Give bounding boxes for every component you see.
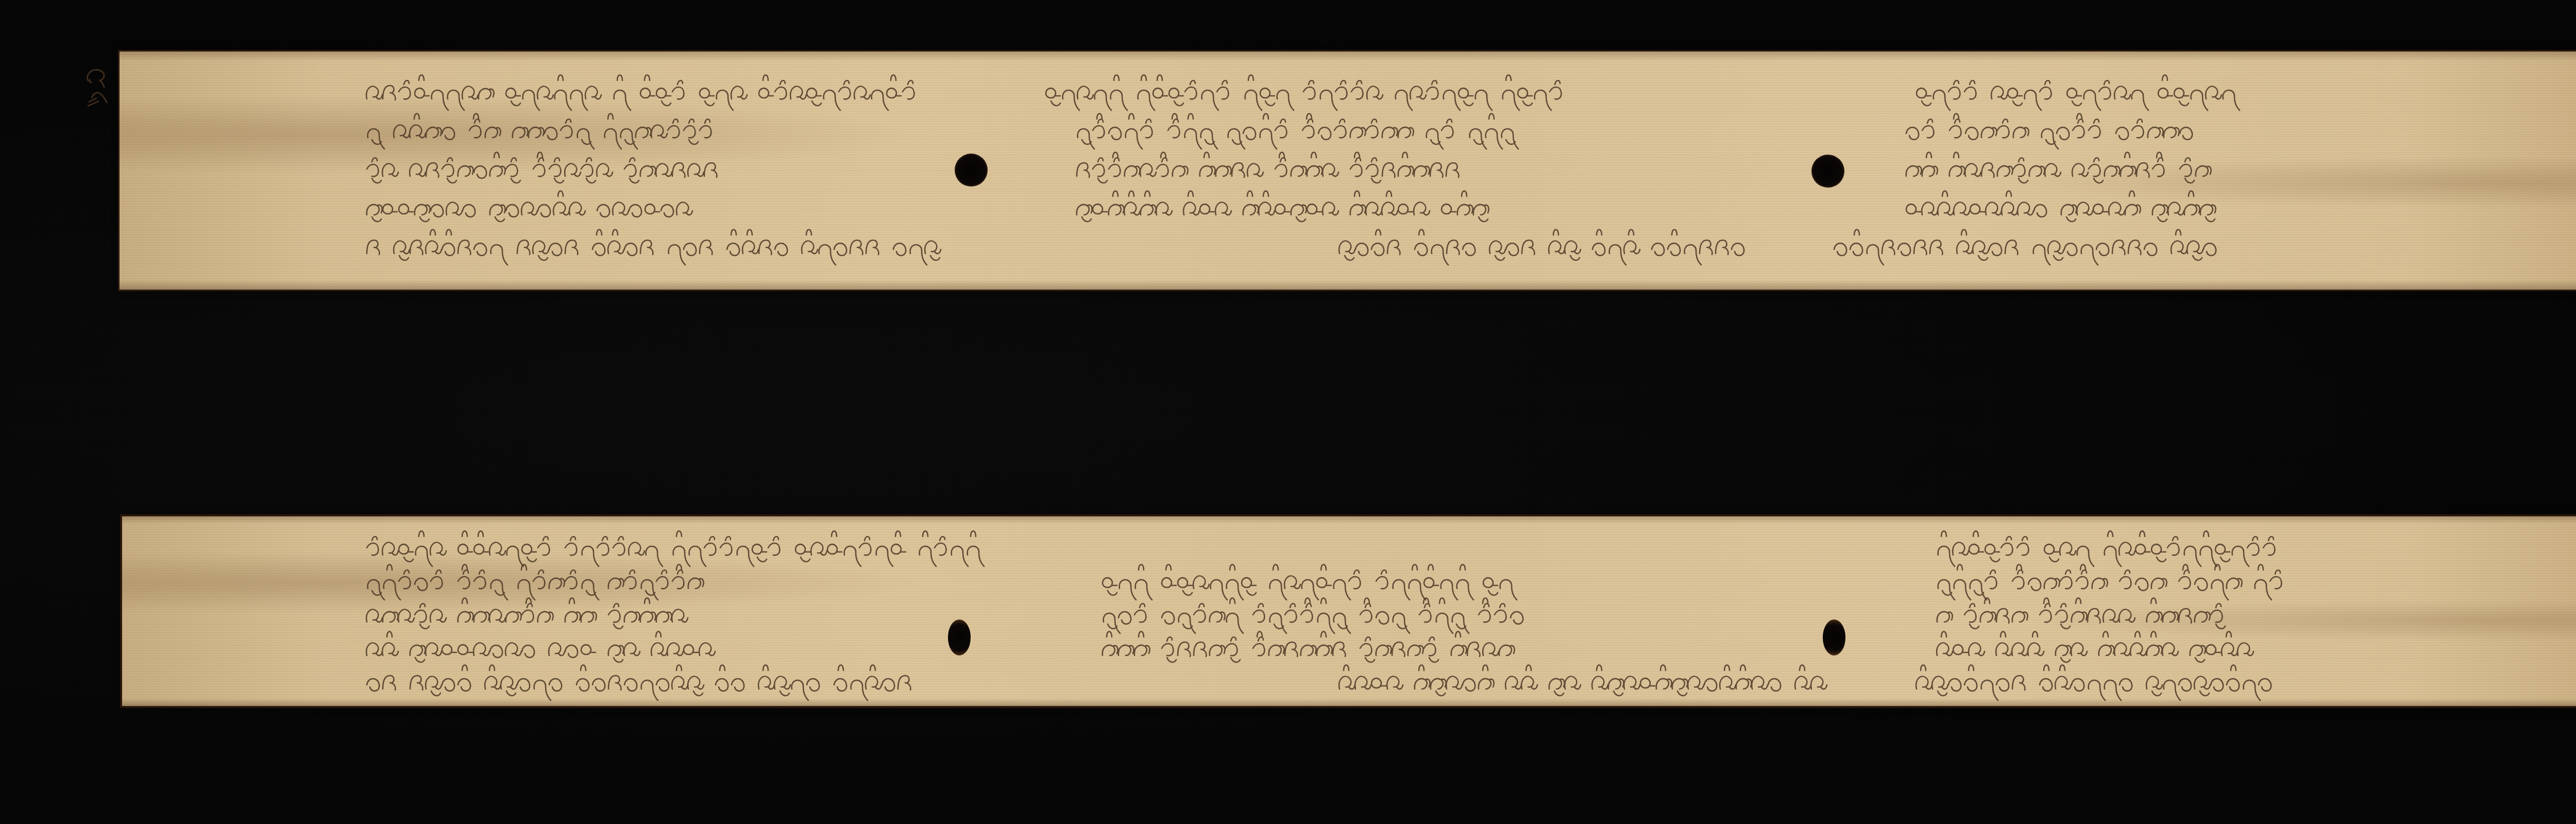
script-line: [0, 0, 2576, 824]
